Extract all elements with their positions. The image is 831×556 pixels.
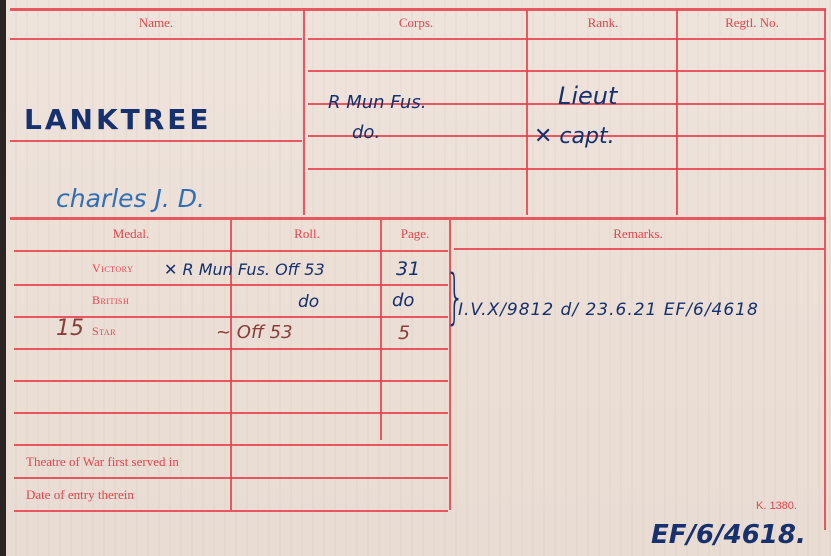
remarks-entry: I.V.X/9812 d/ 23.6.21 EF/6/4618 bbox=[458, 300, 759, 320]
rule bbox=[454, 248, 824, 250]
reference-number: EF/6/4618. bbox=[651, 520, 806, 550]
header-page: Page. bbox=[382, 226, 448, 242]
medal-label-british: British bbox=[92, 293, 129, 308]
forenames: charles J. D. bbox=[56, 184, 205, 213]
page-victory: 31 bbox=[396, 258, 420, 280]
form-number: K. 1380. bbox=[756, 500, 797, 512]
rule bbox=[14, 510, 448, 512]
rule bbox=[14, 284, 448, 286]
corps-entry-1: R Mun Fus. bbox=[328, 92, 426, 113]
rule bbox=[308, 70, 824, 72]
rule bbox=[14, 380, 448, 382]
star-prefix: 15 bbox=[56, 316, 84, 341]
rule bbox=[308, 168, 824, 170]
rule bbox=[380, 220, 382, 440]
date-entry-label: Date of entry therein bbox=[26, 487, 134, 503]
rule bbox=[10, 38, 302, 40]
medal-label-star: Star bbox=[92, 324, 116, 339]
surname: LANKTREE bbox=[24, 103, 212, 136]
rank-entry-2: ✕ capt. bbox=[534, 124, 615, 149]
rule bbox=[303, 10, 305, 215]
rank-entry-1: Lieut bbox=[558, 82, 617, 110]
roll-star: ~ Off 53 bbox=[216, 322, 293, 343]
rule bbox=[824, 10, 826, 530]
page-star: 5 bbox=[398, 322, 410, 344]
header-rank: Rank. bbox=[528, 15, 678, 31]
header-roll: Roll. bbox=[232, 226, 382, 242]
header-medal: Medal. bbox=[36, 226, 226, 242]
rule bbox=[14, 250, 448, 252]
rule bbox=[526, 10, 528, 215]
rule bbox=[10, 140, 302, 142]
rule bbox=[14, 412, 448, 414]
medal-index-card: Name. Corps. Rank. Regtl. No. LANKTREE c… bbox=[6, 0, 831, 556]
rule bbox=[14, 477, 448, 479]
header-corps: Corps. bbox=[306, 15, 526, 31]
page-british: do bbox=[392, 290, 414, 311]
rule bbox=[10, 217, 826, 220]
roll-british: do bbox=[298, 292, 319, 312]
corps-entry-2: do. bbox=[352, 122, 380, 143]
rule bbox=[676, 10, 678, 215]
roll-victory: ✕ R Mun Fus. Off 53 bbox=[164, 260, 325, 279]
header-name: Name. bbox=[46, 15, 266, 31]
header-regt-no: Regtl. No. bbox=[678, 15, 826, 31]
rule bbox=[14, 348, 448, 350]
rule bbox=[10, 8, 826, 11]
rule bbox=[308, 38, 824, 40]
rule bbox=[14, 444, 448, 446]
theatre-label: Theatre of War first served in bbox=[26, 454, 179, 470]
brace-mark: } bbox=[446, 262, 465, 332]
header-remarks: Remarks. bbox=[452, 226, 824, 242]
medal-label-victory: Victory bbox=[92, 261, 133, 276]
